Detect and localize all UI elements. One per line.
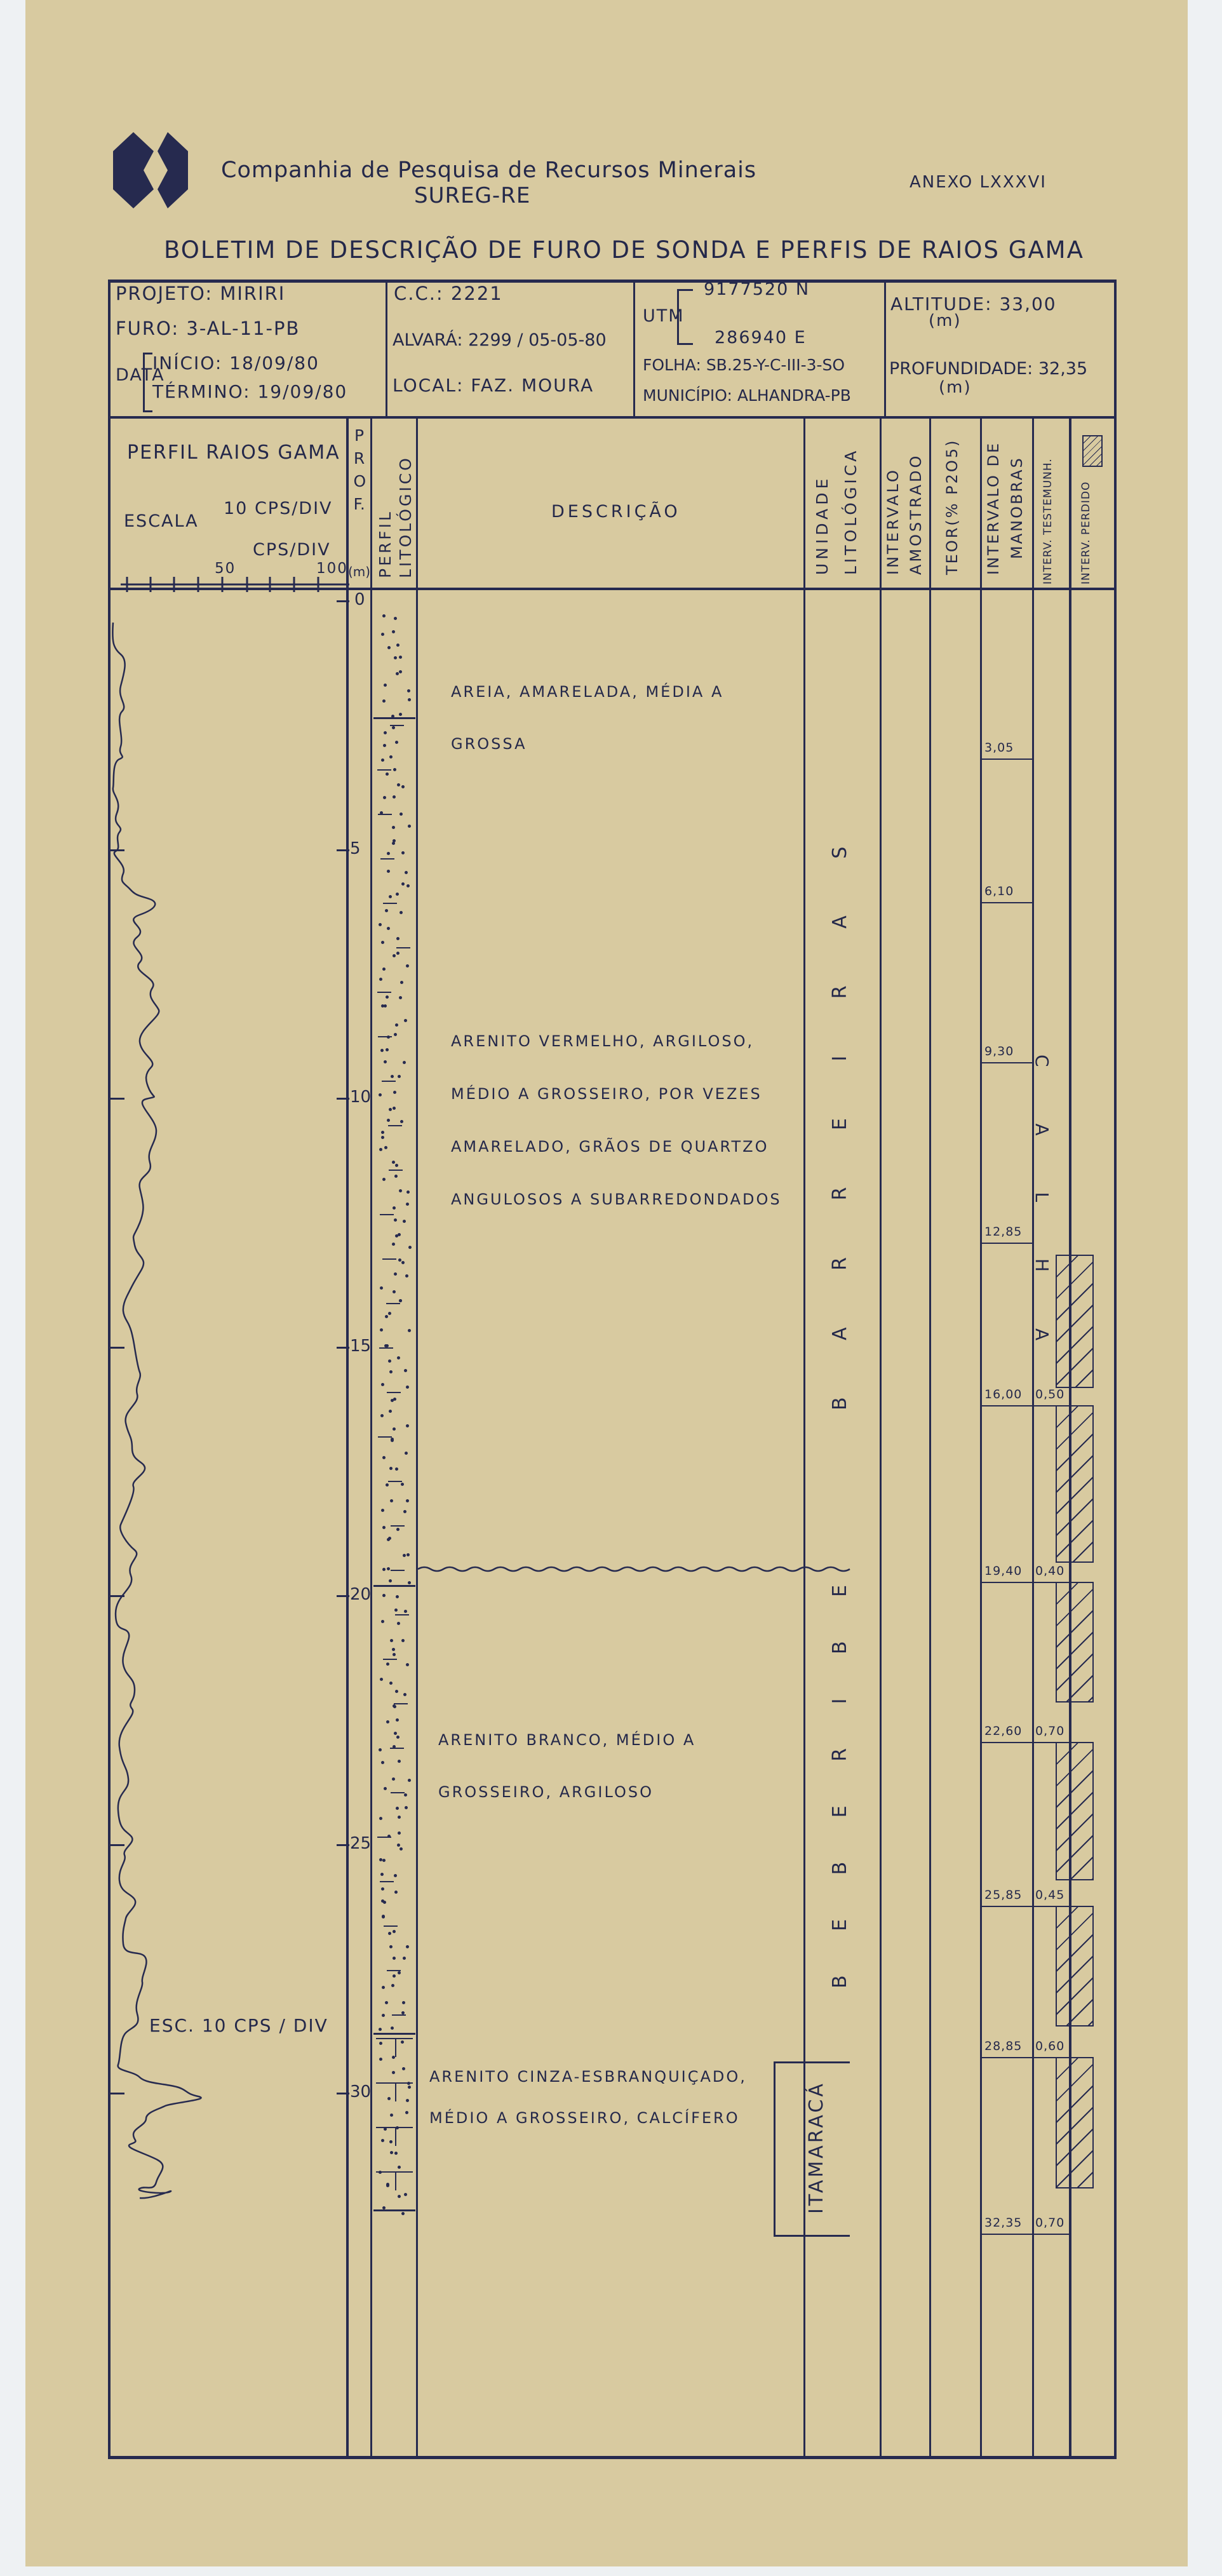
sand-dot bbox=[389, 2140, 393, 2143]
annex-label: ANEXO LXXXVI bbox=[910, 173, 1047, 192]
sand-dot bbox=[392, 2071, 395, 2074]
sand-dot bbox=[395, 1164, 398, 1167]
clay-dash bbox=[378, 814, 392, 815]
sand-dot bbox=[393, 1427, 396, 1431]
prof-header: PROF. bbox=[348, 424, 370, 516]
lith-boundary bbox=[373, 2209, 415, 2211]
depth-tick-label: 30 bbox=[350, 2082, 371, 2101]
manobra-depth: 25,85 bbox=[984, 1888, 1022, 1902]
clay-dash bbox=[384, 1925, 398, 1927]
lost-interval-hatch bbox=[1056, 1255, 1094, 1388]
furo-field: FURO: 3-AL-11-PB bbox=[116, 318, 300, 339]
sand-dot bbox=[397, 1356, 400, 1359]
header-divider bbox=[386, 280, 387, 418]
sand-dot bbox=[380, 1328, 383, 1332]
depth-tick-label: 10 bbox=[350, 1088, 371, 1107]
sand-dot bbox=[387, 1119, 390, 1122]
manobra-depth: 9,30 bbox=[984, 1044, 1014, 1058]
clay-dash bbox=[377, 1837, 391, 1838]
teor-header: TEOR(% P2O5) bbox=[943, 439, 961, 575]
sand-dot bbox=[395, 1467, 398, 1471]
sand-dot bbox=[392, 1161, 395, 1164]
sand-dot bbox=[403, 1957, 406, 1960]
col-divider-prof bbox=[346, 418, 349, 2458]
clay-dash bbox=[389, 1170, 403, 1171]
scale-cps: CPS/DIV bbox=[253, 540, 331, 560]
sand-dot bbox=[405, 1806, 408, 1809]
sand-dot bbox=[379, 1817, 382, 1820]
perdido-legend-swatch bbox=[1082, 435, 1103, 467]
amostrado-header: AMOSTRADO bbox=[907, 454, 925, 575]
clay-dash bbox=[377, 992, 391, 993]
sand-dot bbox=[380, 1049, 384, 1052]
sand-dot bbox=[393, 1206, 396, 1210]
clay-dash bbox=[378, 1436, 392, 1438]
sand-dot bbox=[381, 1131, 384, 1134]
clay-dash bbox=[382, 1258, 396, 1260]
sand-dot bbox=[405, 2111, 408, 2114]
lost-interval-hatch bbox=[1056, 1405, 1094, 1563]
sand-dot bbox=[396, 893, 399, 896]
clay-dash bbox=[386, 1303, 400, 1304]
description-line: ARENITO CINZA-ESBRANQUIÇADO, bbox=[429, 2068, 747, 2086]
manobra-depth: 6,10 bbox=[984, 884, 1014, 898]
sand-dot bbox=[399, 656, 402, 659]
clay-dash bbox=[379, 1347, 393, 1349]
sand-dot bbox=[408, 1779, 411, 1782]
limestone-mark bbox=[395, 2038, 396, 2057]
clay-dash bbox=[390, 1748, 404, 1749]
litologico-header: LITOLÓGICO bbox=[396, 455, 415, 578]
sand-dot bbox=[399, 1189, 402, 1192]
manobra-lost: 0,40 bbox=[1035, 1564, 1064, 1578]
clay-dash bbox=[394, 1703, 408, 1704]
unit-boundary bbox=[774, 2061, 850, 2063]
manobra-lost: 0,60 bbox=[1035, 2039, 1064, 2053]
escala-label: ESCALA bbox=[124, 511, 199, 531]
sand-dot bbox=[382, 1178, 386, 1181]
utm-north: 9177520 N bbox=[704, 280, 810, 299]
manobra-line bbox=[981, 1243, 1033, 1244]
cc-field: C.C.: 2221 bbox=[394, 283, 503, 304]
sand-dot bbox=[401, 2212, 405, 2215]
manobra-depth: 19,40 bbox=[984, 1564, 1022, 1578]
sand-dot bbox=[382, 2014, 385, 2017]
sand-dot bbox=[396, 672, 399, 675]
termino-field: TÉRMINO: 19/09/80 bbox=[152, 381, 347, 402]
sand-dot bbox=[394, 1732, 397, 1735]
sand-dot bbox=[384, 1146, 387, 1149]
perdido-header: INTERV. PERDIDO bbox=[1080, 482, 1092, 584]
col-divider-testemunho bbox=[1032, 418, 1034, 2458]
unit-box-left bbox=[774, 2061, 775, 2235]
clay-dash bbox=[380, 1214, 394, 1215]
inicio-field: INÍCIO: 18/09/80 bbox=[152, 353, 319, 374]
sand-dot bbox=[401, 2040, 404, 2044]
intervalo-manobras-header: INTERVALO DE bbox=[984, 442, 1002, 575]
sand-dot bbox=[400, 981, 403, 984]
manobra-lost: 0,50 bbox=[1035, 1387, 1064, 1401]
sand-dot bbox=[393, 1957, 396, 1960]
sand-dot bbox=[405, 871, 408, 874]
sand-dot bbox=[379, 978, 382, 981]
municipio-field: MUNICÍPIO: ALHANDRA-PB bbox=[643, 386, 851, 405]
sand-dot bbox=[394, 1218, 397, 1222]
manobra-line bbox=[981, 1062, 1033, 1063]
clay-dash bbox=[387, 1970, 401, 1971]
sand-dot bbox=[398, 1075, 401, 1078]
scale-10cps: 10 CPS/DIV bbox=[224, 499, 333, 518]
clay-dash bbox=[391, 1570, 405, 1571]
sand-dot bbox=[403, 1220, 406, 1223]
perfil-header: PERFIL bbox=[376, 509, 394, 578]
sand-dot bbox=[384, 731, 387, 734]
description-line: AMARELADO, GRÃOS DE QUARTZO bbox=[451, 1138, 769, 1156]
alvara-field: ALVARÁ: 2299 / 05-05-80 bbox=[393, 330, 607, 350]
clay-dash bbox=[396, 947, 410, 948]
sand-dot bbox=[392, 1243, 395, 1246]
manobra-line bbox=[981, 2234, 1070, 2235]
description-line: MÉDIO A GROSSEIRO, POR VEZES bbox=[451, 1085, 762, 1103]
depth-tick bbox=[337, 1595, 349, 1597]
depth-tick-label: 15 bbox=[350, 1337, 371, 1356]
col-divider-manobras bbox=[980, 418, 982, 2458]
sand-dot bbox=[402, 2067, 405, 2070]
sand-dot bbox=[406, 1203, 409, 1206]
lith-boundary bbox=[373, 2033, 415, 2035]
data-bracket bbox=[143, 353, 152, 412]
sand-dot bbox=[396, 952, 399, 955]
lost-interval-hatch bbox=[1056, 1582, 1094, 1703]
manobra-depth: 3,05 bbox=[984, 741, 1014, 755]
lost-interval-hatch bbox=[1056, 2057, 1094, 2188]
folha-field: FOLHA: SB.25-Y-C-III-3-SO bbox=[643, 356, 845, 374]
utm-east: 286940 E bbox=[715, 328, 807, 347]
depth-tick-label: 25 bbox=[350, 1834, 371, 1853]
unit-barreiras: B A R R E I R A S bbox=[829, 821, 851, 1410]
document-title: BOLETIM DE DESCRIÇÃO DE FURO DE SONDA E … bbox=[164, 236, 1084, 264]
manobras-header: MANOBRAS bbox=[1008, 456, 1026, 559]
table-right-border bbox=[1114, 280, 1117, 2458]
sand-dot bbox=[389, 1370, 393, 1373]
sand-dot bbox=[387, 646, 391, 649]
profundidade-field: PROFUNDIDADE: 32,35 bbox=[889, 359, 1087, 379]
lost-interval-hatch bbox=[1056, 1742, 1094, 1880]
sand-dot bbox=[383, 796, 386, 799]
sand-dot bbox=[394, 1033, 397, 1036]
gamma-ray-curve bbox=[95, 623, 222, 2198]
clay-dash bbox=[387, 1392, 401, 1393]
limestone-mark bbox=[395, 2171, 396, 2190]
sand-dot bbox=[392, 826, 395, 829]
sand-dot bbox=[406, 964, 409, 968]
testemunho-header: INTERV. TESTEMUNH. bbox=[1042, 458, 1054, 584]
clay-dash bbox=[383, 1659, 397, 1660]
descricao-header: DESCRIÇÃO bbox=[551, 502, 681, 522]
sand-dot bbox=[394, 617, 397, 620]
manobra-lost: 0,45 bbox=[1035, 1888, 1064, 1902]
limestone-mark bbox=[376, 2082, 413, 2084]
sand-dot bbox=[398, 1971, 401, 1974]
unit-beberibe: B E B E R I B E bbox=[829, 1566, 851, 1988]
sand-dot bbox=[399, 1847, 403, 1851]
unit-boundary bbox=[774, 2235, 850, 2237]
sand-dot bbox=[407, 689, 410, 692]
sand-dot bbox=[381, 1887, 384, 1891]
description-line: ANGULOSOS A SUBARREDONDADOS bbox=[451, 1190, 782, 1208]
sand-dot bbox=[387, 870, 390, 873]
sand-dot bbox=[395, 1690, 398, 1693]
sand-dot bbox=[406, 1386, 409, 1389]
clay-dash bbox=[391, 1792, 405, 1793]
manobra-depth: 28,85 bbox=[984, 2039, 1022, 2053]
sand-dot bbox=[393, 1974, 396, 1978]
local-field: LOCAL: FAZ. MOURA bbox=[393, 375, 594, 396]
manobra-line bbox=[981, 902, 1033, 903]
header-bottom-border bbox=[108, 416, 1117, 419]
depth-tick bbox=[337, 1347, 349, 1349]
clay-dash bbox=[383, 903, 397, 904]
sand-dot bbox=[408, 1246, 412, 1249]
header-divider bbox=[884, 280, 886, 418]
sand-dot bbox=[379, 1748, 382, 1751]
sand-dot bbox=[393, 1653, 396, 1656]
sand-dot bbox=[399, 996, 402, 999]
sand-dot bbox=[389, 895, 392, 898]
table-bottom-border bbox=[108, 2456, 1117, 2459]
altitude-unit: (m) bbox=[929, 311, 962, 330]
limestone-mark bbox=[395, 2082, 396, 2101]
description-line: MÉDIO A GROSSEIRO, CALCÍFERO bbox=[429, 2109, 740, 2127]
sand-dot bbox=[381, 633, 384, 636]
clay-dash bbox=[388, 1125, 402, 1126]
sand-dot bbox=[384, 1060, 387, 1063]
limestone-mark bbox=[395, 2127, 396, 2146]
utm-bracket bbox=[677, 289, 693, 345]
gamma-profile-title: PERFIL RAIOS GAMA bbox=[127, 442, 340, 464]
col-divider-teor bbox=[929, 418, 931, 2458]
sand-dot bbox=[386, 1048, 389, 1051]
limestone-mark bbox=[376, 2127, 413, 2128]
sand-dot bbox=[396, 1595, 399, 1598]
sand-dot bbox=[398, 1760, 401, 1763]
sand-dot bbox=[386, 2183, 389, 2186]
calha-label: C A L H A bbox=[1031, 1055, 1052, 1366]
cprm-hexagon-logo-icon bbox=[113, 132, 208, 208]
sand-dot bbox=[393, 795, 396, 799]
sand-dot bbox=[397, 783, 400, 786]
lost-interval-hatch bbox=[1056, 1906, 1094, 2026]
manobra-depth: 16,00 bbox=[984, 1387, 1022, 1401]
organization-name: Companhia de Pesquisa de Recursos Minera… bbox=[221, 158, 756, 183]
sand-dot bbox=[404, 1369, 407, 1372]
description-line: ARENITO VERMELHO, ARGILOSO, bbox=[451, 1032, 754, 1050]
sand-dot bbox=[389, 1682, 393, 1685]
depth-tick bbox=[337, 849, 349, 851]
sand-dot bbox=[389, 755, 393, 759]
clay-dash bbox=[388, 1481, 402, 1482]
depth-tick bbox=[337, 600, 349, 602]
prof-unit: (m) bbox=[348, 564, 370, 579]
header-divider bbox=[633, 280, 635, 418]
sand-dot bbox=[379, 2028, 382, 2031]
altitude-field: ALTITUDE: 33,00 bbox=[890, 293, 1057, 314]
depth-tick-label: 5 bbox=[350, 839, 361, 858]
limestone-mark bbox=[376, 2038, 413, 2039]
gamma-scale-axis bbox=[121, 575, 362, 594]
sand-dot bbox=[406, 1945, 409, 1948]
sand-dot bbox=[401, 851, 405, 854]
col-divider-perfil bbox=[370, 418, 372, 2458]
clay-dash bbox=[382, 1081, 396, 1082]
sand-dot bbox=[379, 2058, 382, 2061]
profundidade-unit: (m) bbox=[939, 378, 972, 397]
sand-dot bbox=[391, 2026, 394, 2030]
description-line: AREIA, AMARELADA, MÉDIA A bbox=[451, 683, 723, 701]
intervalo-header: INTERVALO bbox=[884, 468, 902, 575]
sand-dot bbox=[403, 1510, 406, 1513]
description-line: ARENITO BRANCO, MÉDIO A bbox=[438, 1731, 695, 1749]
clay-dash bbox=[377, 769, 391, 771]
sand-dot bbox=[398, 1831, 401, 1835]
depth-tick-label: 0 bbox=[354, 590, 365, 609]
sand-dot bbox=[408, 698, 411, 701]
depth-tick bbox=[337, 1844, 349, 1846]
sand-dot bbox=[392, 1777, 395, 1781]
organization-unit: SUREG-RE bbox=[414, 183, 530, 208]
sand-dot bbox=[399, 670, 402, 673]
lith-boundary bbox=[373, 1585, 415, 1587]
sand-dot bbox=[393, 1398, 396, 1401]
sand-dot bbox=[393, 954, 396, 957]
sand-dot bbox=[381, 1136, 384, 1139]
clay-dash bbox=[380, 1881, 394, 1882]
sand-dot bbox=[380, 1873, 384, 1876]
description-line: GROSSA bbox=[451, 735, 527, 753]
col-divider-amostrado bbox=[880, 418, 882, 2458]
sand-dot bbox=[385, 2001, 388, 2004]
manobra-line bbox=[981, 759, 1033, 760]
col-divider-descricao bbox=[416, 418, 418, 2458]
description-line: GROSSEIRO, ARGILOSO bbox=[438, 1783, 654, 1801]
manobra-lost: 0,70 bbox=[1035, 1724, 1064, 1738]
sand-dot bbox=[391, 715, 394, 718]
manobra-lost: 0,70 bbox=[1035, 2216, 1064, 2230]
lith-boundary bbox=[373, 717, 415, 719]
depth-tick-label: 20 bbox=[350, 1585, 371, 1604]
sand-dot bbox=[382, 1915, 385, 1919]
sand-dot bbox=[381, 1383, 384, 1386]
unit-itamaraca: ITAMARACÁ bbox=[805, 2081, 828, 2214]
clay-dash bbox=[390, 725, 404, 726]
depth-tick bbox=[337, 1098, 349, 1100]
sand-dot bbox=[385, 1315, 388, 1318]
sand-dot bbox=[379, 923, 382, 926]
manobra-depth: 32,35 bbox=[984, 2216, 1022, 2230]
sand-dot bbox=[382, 1594, 386, 1597]
sand-dot bbox=[396, 1736, 399, 1739]
gamma-scale-note: ESC. 10 CPS / DIV bbox=[149, 2015, 328, 2036]
manobra-depth: 22,60 bbox=[984, 1724, 1022, 1738]
sand-dot bbox=[406, 1190, 410, 1194]
sand-dot bbox=[403, 1554, 406, 1557]
sand-dot bbox=[386, 1720, 389, 1723]
sand-dot bbox=[398, 1816, 401, 1819]
sand-dot bbox=[389, 1467, 393, 1470]
sand-dot bbox=[382, 968, 386, 971]
unconformity-contact-line bbox=[418, 1564, 863, 1574]
depth-tick bbox=[337, 2093, 349, 2094]
unidade-header: UNIDADE bbox=[813, 475, 831, 575]
limestone-mark bbox=[376, 2171, 413, 2173]
clay-dash bbox=[380, 858, 394, 860]
clay-dash bbox=[395, 1614, 409, 1615]
projeto-field: PROJETO: MIRIRI bbox=[116, 283, 285, 304]
manobra-depth: 12,85 bbox=[984, 1225, 1022, 1239]
clay-dash bbox=[391, 1525, 405, 1527]
clay-dash bbox=[378, 1036, 392, 1037]
clay-dash bbox=[392, 2014, 406, 2016]
litologica-header: LITOLÓGICA bbox=[842, 448, 860, 575]
sand-dot bbox=[388, 1359, 391, 1363]
sand-dot bbox=[384, 1787, 387, 1790]
sand-dot bbox=[387, 927, 390, 930]
sand-dot bbox=[401, 1261, 405, 1264]
sand-dot bbox=[396, 1528, 399, 1531]
